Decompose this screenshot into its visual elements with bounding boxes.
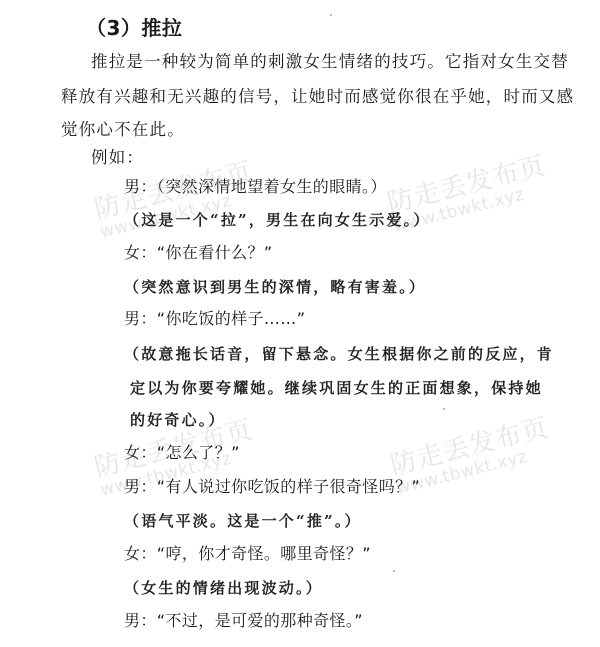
dialogue-line-male: 男：“有人说过你吃饭的样子很奇怪吗？” xyxy=(124,477,420,497)
dialogue-commentary: （女生的情绪出现波动。） xyxy=(124,578,323,598)
watermark-text: 防走丢发布页 xyxy=(385,153,548,217)
dialogue-commentary: （突然意识到男生的深情，略有害羞。） xyxy=(124,277,426,297)
scan-speck xyxy=(443,408,445,410)
paragraph-line: 觉你心不在此。 xyxy=(61,120,185,140)
dialogue-commentary: （故意拖长话音，留下悬念。女生根据你之前的反应，肯 xyxy=(124,344,554,364)
dialogue-commentary: （这是一个“拉”，男生在向女生示爱。） xyxy=(124,210,431,230)
example-label: 例如： xyxy=(91,148,144,168)
dialogue-line-female: 女：“怎么了？” xyxy=(124,443,240,463)
dialogue-line-male: 男：（突然深情地望着女生的眼睛。） xyxy=(124,177,387,197)
scan-speck xyxy=(330,14,332,16)
dialogue-line-male: 男：“你吃饭的样子……” xyxy=(124,309,305,329)
section-heading: （3）推拉 xyxy=(86,16,182,40)
document-page: 防走丢发布页 www.tbwkt.xyz 防走丢发布页 www.tbwkt.xy… xyxy=(0,0,600,647)
dialogue-line-male: 男：“不过，是可爱的那种奇怪。” xyxy=(124,611,363,631)
paragraph-line: 推拉是一种较为简单的刺激女生情绪的技巧。它指对女生交替 xyxy=(91,52,569,72)
paragraph-line: 释放有兴趣和无兴趣的信号，让她时而感觉你很在乎她，时而又感 xyxy=(61,87,574,107)
watermark-text: 防走丢发布页 xyxy=(388,415,551,479)
dialogue-commentary: 的好奇心。） xyxy=(130,410,226,430)
dialogue-line-female: 女：“哼，你才奇怪。哪里奇怪？” xyxy=(124,544,371,564)
dialogue-line-female: 女：“你在看什么？” xyxy=(124,243,273,263)
dialogue-commentary: （语气平淡。这是一个“推”。） xyxy=(124,511,362,531)
dialogue-commentary: 定以为你要夸耀她。继续巩固女生的正面想象，保持她 xyxy=(130,378,543,398)
scan-speck xyxy=(393,570,395,572)
